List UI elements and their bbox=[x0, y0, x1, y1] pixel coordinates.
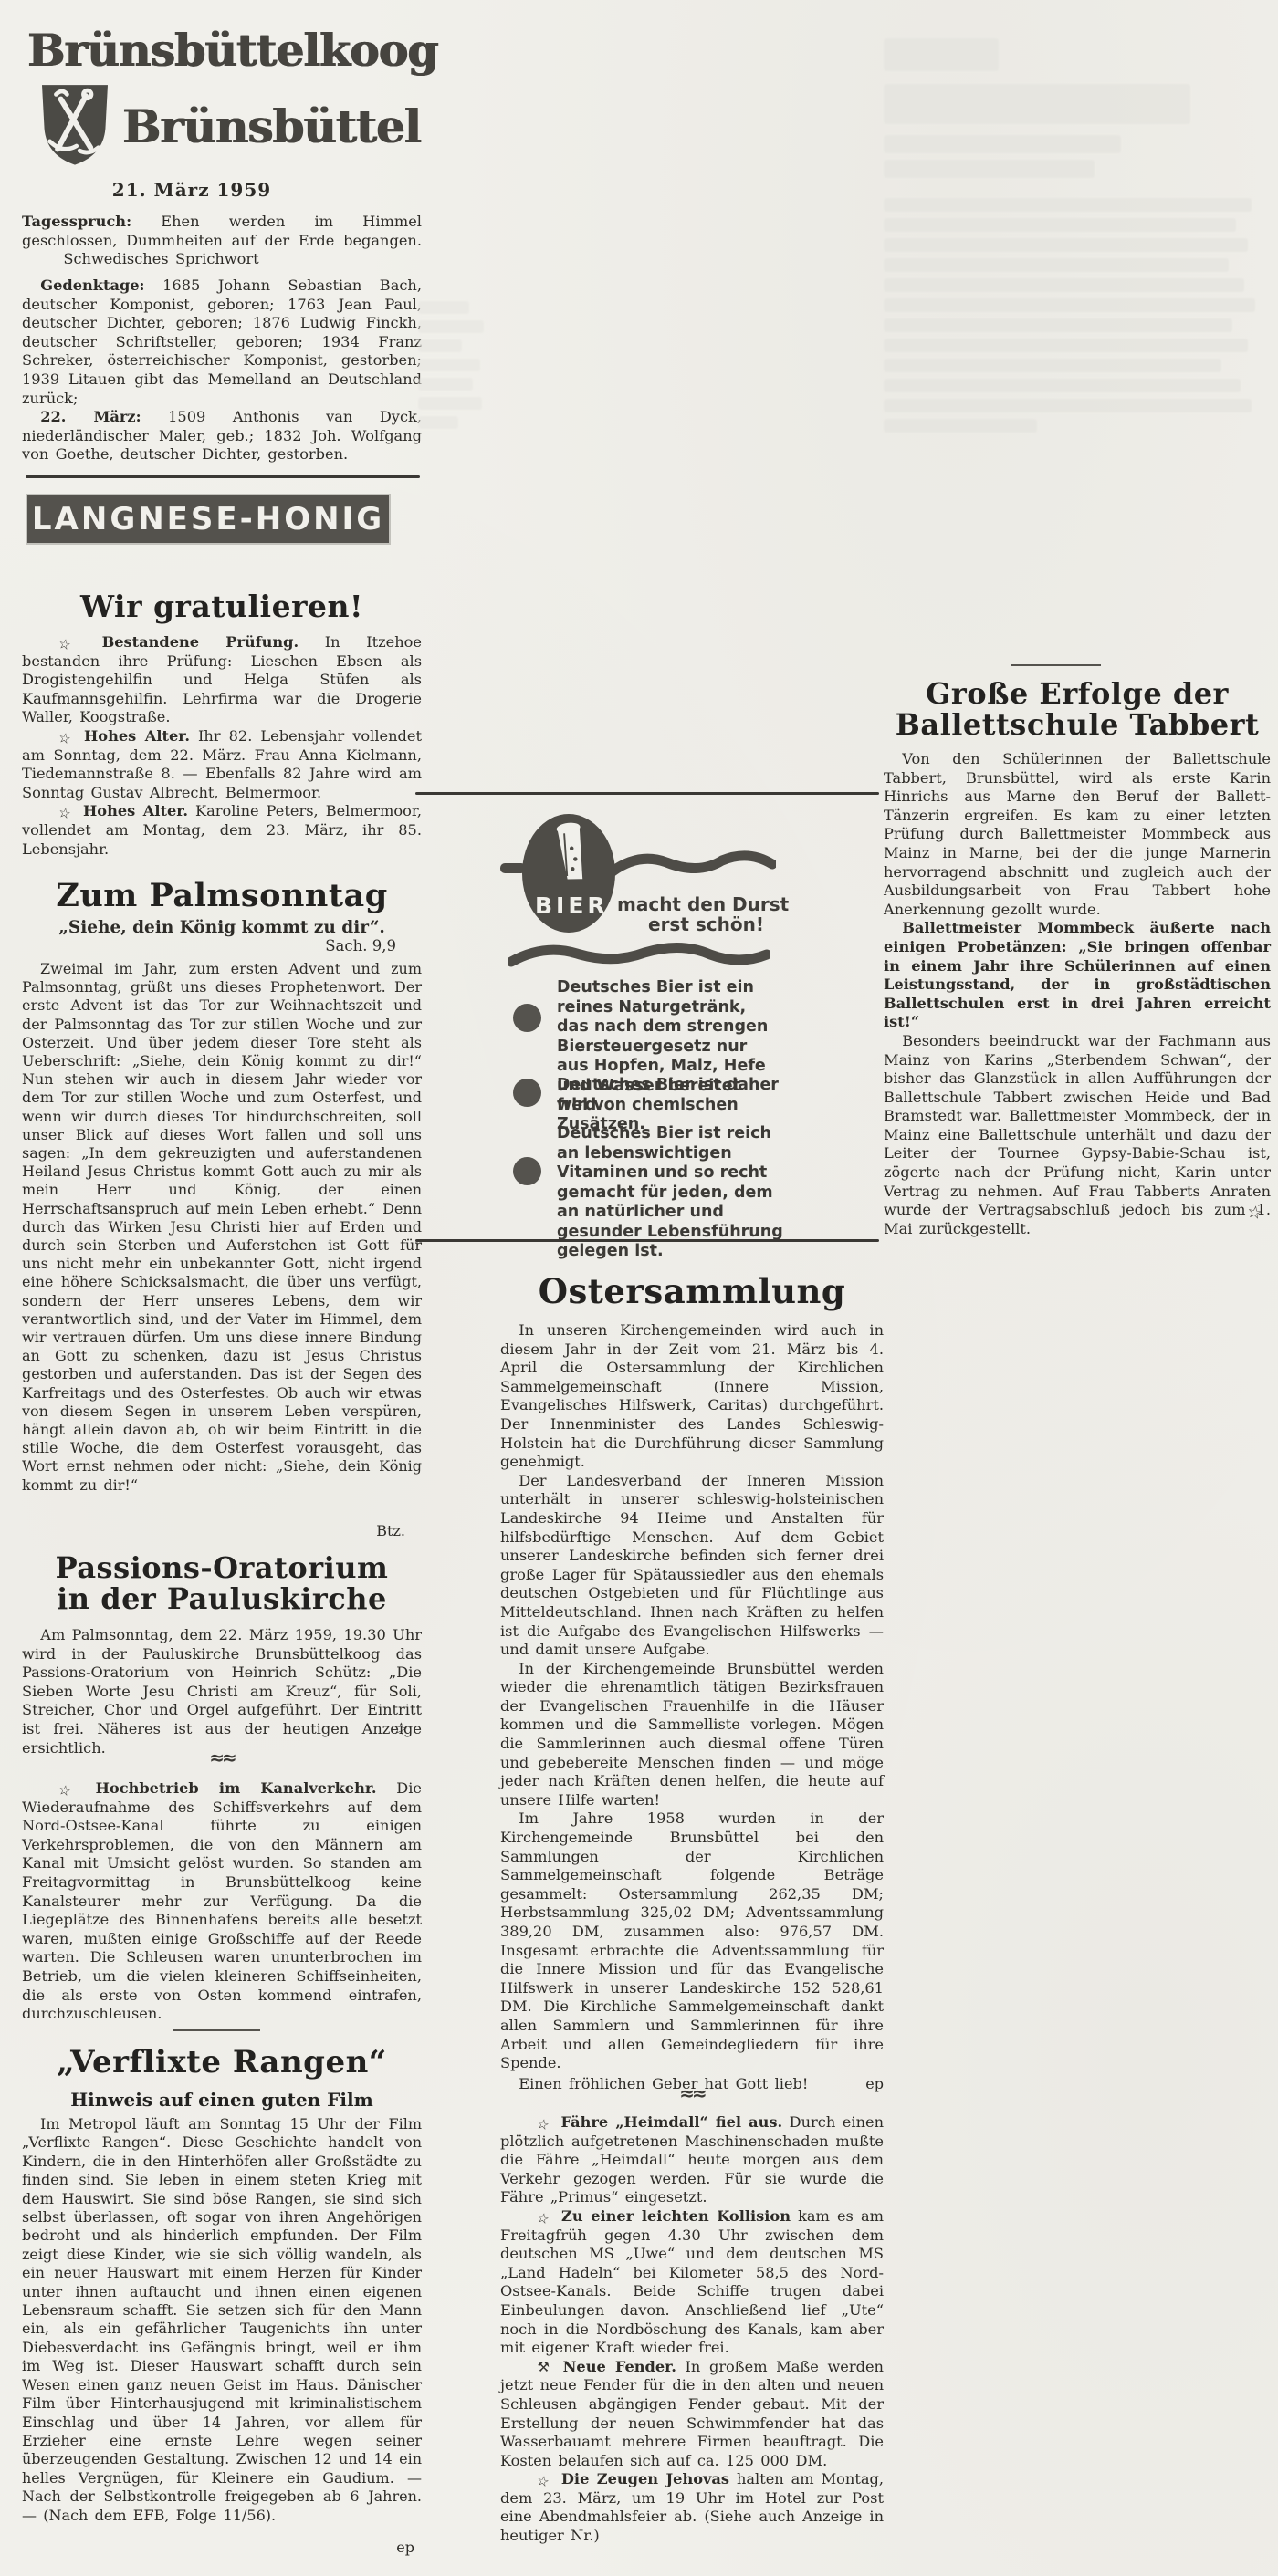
masthead: Brünsbüttelkoog B bbox=[27, 24, 420, 201]
bleed-through-ghost bbox=[884, 38, 1267, 439]
ostersammlung-body: In unseren Kirchengemeinden wird auch in… bbox=[500, 1321, 884, 2093]
paragraph: Der Landesverband der Inneren Mission un… bbox=[500, 1472, 884, 1660]
palmsonntag-signature: Btz. bbox=[22, 1522, 405, 1539]
paragraph: Von den Schülerinnen der Ballettschule T… bbox=[884, 750, 1271, 919]
list-item: ☆ Fähre „Heimdall“ fiel aus. Durch einen… bbox=[500, 2113, 884, 2207]
ostersammlung-heading: Ostersammlung bbox=[500, 1274, 884, 1309]
paragraph-bold: Ballettmeister Mommbeck äußerte nach ein… bbox=[884, 919, 1271, 1032]
beer-slogan-line2: erst schön! bbox=[648, 914, 789, 934]
gedenktage: Gedenktage: 1685 Johann Sebastian Bach, … bbox=[22, 276, 422, 464]
item-text: kam es am Freitagfrüh gegen 4.30 Uhr zwi… bbox=[500, 2207, 884, 2356]
wave-line-icon bbox=[508, 940, 770, 976]
masthead-title-line1: Brünsbüttelkoog bbox=[27, 24, 420, 77]
ballett-heading: Große Erfolge der Ballettschule Tabbert bbox=[884, 679, 1271, 740]
item-text: In großem Maße werden jetzt neue Fender … bbox=[500, 2358, 884, 2469]
paragraph: Im Jahre 1958 wurden in der Kirchengemei… bbox=[500, 1809, 884, 2072]
paragraph: In unseren Kirchengemeinden wird auch in… bbox=[500, 1321, 884, 1472]
masthead-title-line2: Brünsbüttel bbox=[122, 99, 421, 153]
tagesspruch-attribution: Schwedisches Sprichwort bbox=[63, 250, 258, 267]
gedenktage-label: Gedenktage: bbox=[40, 276, 144, 294]
list-item: ⚒ Neue Fender. In großem Maße werden jet… bbox=[500, 2358, 884, 2471]
item-lead: Hohes Alter. bbox=[83, 802, 188, 819]
list-item: ☆ Hohes Alter. Karoline Peters, Belmermo… bbox=[22, 802, 422, 859]
kanal-text: Die Wiederaufnahme des Schiffsverkehrs a… bbox=[22, 1779, 422, 2022]
kanal-note: ☆ Hochbetrieb im Kanalverkehr. Die Wiede… bbox=[22, 1779, 422, 2024]
oratorium-body: Am Palmsonntag, dem 22. März 1959, 19.30… bbox=[22, 1626, 422, 1757]
item-lead: Fähre „Heimdall“ fiel aus. bbox=[561, 2113, 783, 2131]
ballett-heading-line2: Ballettschule Tabbert bbox=[884, 710, 1271, 741]
short-divider-rule bbox=[1011, 664, 1101, 666]
gratulieren-items: ☆ Bestandene Prüfung. In Itzehoe bestand… bbox=[22, 633, 422, 859]
ornament-bullet-icon: ⚒ bbox=[519, 2358, 550, 2377]
newspaper-page: Brünsbüttelkoog B bbox=[0, 0, 1278, 2576]
beer-slogan: macht den Durst erst schön! bbox=[617, 894, 789, 934]
wave-divider-icon: ≈≈ bbox=[500, 2082, 884, 2104]
oratorium-heading-line2: in der Pauluskirche bbox=[22, 1584, 422, 1615]
beer-slogan-line1: macht den Durst bbox=[617, 894, 789, 914]
palmsonntag-body: Zweimal im Jahr, zum ersten Advent und z… bbox=[22, 960, 422, 1495]
item-lead: Zu einer leichten Kollision bbox=[561, 2207, 791, 2225]
bullet-dot-icon bbox=[513, 1004, 541, 1032]
tagesspruch: Tagesspruch: Ehen werden im Himmel gesch… bbox=[22, 213, 422, 269]
beer-glass-icon bbox=[548, 819, 595, 891]
item-lead: Bestandene Prüfung. bbox=[102, 633, 299, 651]
gedenktage-text1: 1685 Johann Sebastian Bach, deutscher Ko… bbox=[22, 276, 422, 407]
bullet-dot-icon bbox=[513, 1079, 541, 1107]
film-heading: „Verflixte Rangen“ bbox=[22, 2047, 422, 2080]
kanal-lead: Hochbetrieb im Kanalverkehr. bbox=[96, 1779, 377, 1797]
wave-line-icon bbox=[610, 847, 776, 885]
bullet-dot-icon bbox=[513, 1157, 541, 1185]
ballett-body: Von den Schülerinnen der Ballettschule T… bbox=[884, 750, 1271, 1238]
oratorium-heading-line1: Passions-Oratorium bbox=[22, 1553, 422, 1584]
palmsonntag-motto: „Siehe, dein König kommt zu dir“. bbox=[22, 918, 422, 937]
item-lead: Die Zeugen Jehovas bbox=[561, 2470, 729, 2487]
list-item: ☆ Die Zeugen Jehovas halten am Montag, d… bbox=[500, 2470, 884, 2545]
palmsonntag-heading: Zum Palmsonntag bbox=[22, 880, 422, 913]
film-body: Im Metropol läuft am Sonntag 15 Uhr der … bbox=[22, 2115, 422, 2525]
divider-rule bbox=[415, 1239, 879, 1242]
tagesspruch-label: Tagesspruch: bbox=[22, 213, 131, 230]
item-text: Ihr 82. Lebensjahr vollendet am Sonntag,… bbox=[22, 727, 422, 801]
divider-rule bbox=[26, 475, 420, 478]
langnese-banner-ad: LANGNESE-HONIG bbox=[27, 495, 389, 543]
film-subheading: Hinweis auf einen guten Film bbox=[22, 2089, 422, 2111]
news-notes: ☆ Fähre „Heimdall“ fiel aus. Durch einen… bbox=[500, 2113, 884, 2546]
item-text: Karoline Peters, Belmermoor, vollendet a… bbox=[22, 802, 422, 857]
palmsonntag-source: Sach. 9,9 bbox=[22, 937, 396, 954]
paragraph: In der Kirchengemeinde Brunsbüttel werde… bbox=[500, 1660, 884, 1810]
wave-divider-icon: ≈≈ bbox=[22, 1747, 422, 1768]
ballett-heading-line1: Große Erfolge der bbox=[884, 679, 1271, 710]
crest-icon bbox=[35, 80, 115, 172]
list-item: ☆ Bestandene Prüfung. In Itzehoe bestand… bbox=[22, 633, 422, 727]
beer-brand: BIER bbox=[535, 892, 609, 919]
oratorium-heading: Passions-Oratorium in der Pauluskirche bbox=[22, 1553, 422, 1614]
list-item: ☆ Zu einer leichten Kollision kam es am … bbox=[500, 2207, 884, 2358]
gratulieren-heading: Wir gratulieren! bbox=[22, 591, 422, 623]
item-lead: Neue Fender. bbox=[563, 2358, 676, 2375]
beer-ad: BIER macht den Durst erst schön! Deutsch… bbox=[500, 807, 884, 1245]
film-signature: ep bbox=[22, 2539, 414, 2556]
bleed-through-ghost bbox=[418, 301, 491, 435]
issue-date: 21. März 1959 bbox=[27, 179, 356, 201]
paragraph: Besonders beeindruckt war der Fachmann a… bbox=[884, 1032, 1271, 1239]
gedenktage-label2: 22. März: bbox=[40, 408, 141, 425]
list-item: ☆ Hohes Alter. Ihr 82. Lebensjahr vollen… bbox=[22, 727, 422, 802]
divider-rule bbox=[415, 792, 879, 795]
short-divider-rule bbox=[173, 2029, 260, 2031]
item-lead: Hohes Alter. bbox=[84, 727, 190, 745]
